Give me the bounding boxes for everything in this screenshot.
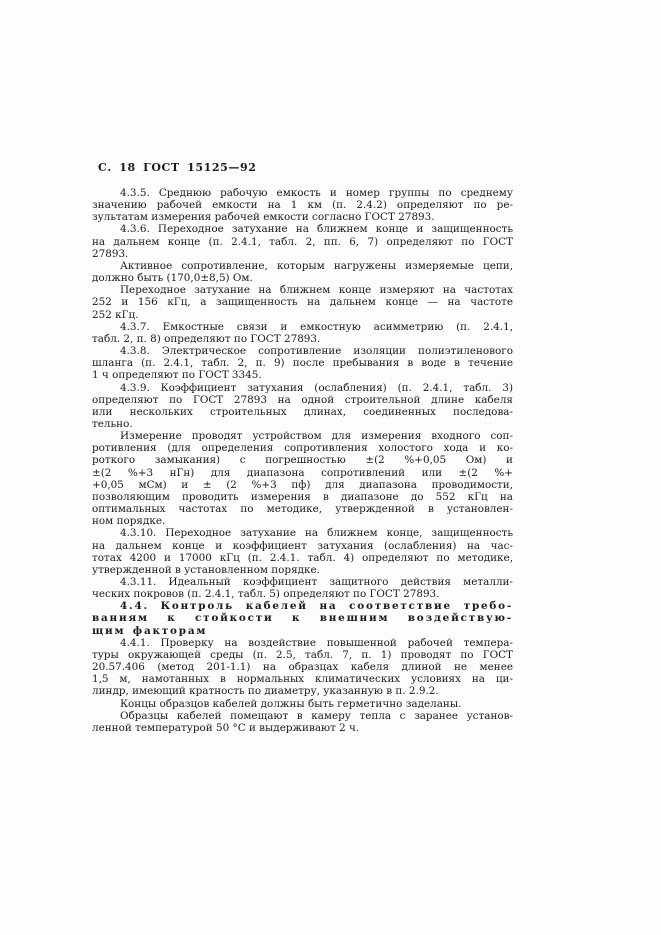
paragraph: 4.3.7. Емкостные связи и емкостную асимм… [92,321,513,345]
paragraph: 4.3.5. Среднюю рабочую емкость и номер г… [92,187,513,223]
text-line: роткого замыкания) с погрешностью ±(2 %+… [92,454,513,466]
text-line: 4.4.1. Проверку на воздействие повышенно… [92,637,513,649]
text-line: ±(2 %+3 нГн) для диапазона сопротивлений… [92,467,513,479]
text-line: на дальнем конце (п. 2.4.1, табл. 2, пп.… [92,236,513,248]
text-line: 4.3.10. Переходное затухание на ближнем … [92,527,513,539]
text-line: ваниям к стойкости к внешним воздействую… [92,612,513,624]
text-line: 4.4. Контроль кабелей на соответствие тр… [92,600,513,612]
page-header: С. 18 ГОСТ 15125—92 [98,161,256,174]
text-line: тотах 4200 и 17000 кГц (п. 2.4.1. табл. … [92,552,513,564]
paragraph: Активное сопротивление, которым нагружен… [92,260,513,284]
text-line: 4.3.8. Электрическое сопротивление изоля… [92,345,513,357]
text-line: 4.3.9. Коэффициент затухания (ослабления… [92,382,513,394]
text-line: позволяющим проводить измерения в диапаз… [92,491,513,503]
document-body: 4.3.5. Среднюю рабочую емкость и номер г… [92,187,513,734]
text-line: Концы образцов кабелей должны быть герме… [92,698,513,710]
text-line: ротивления (для определения сопротивлени… [92,442,513,454]
text-line: Образцы кабелей помещают в камеру тепла … [92,710,513,722]
text-line: зультатам измерения рабочей емкости согл… [92,211,513,223]
document-page: С. 18 ГОСТ 15125—92 4.3.5. Среднюю рабоч… [0,0,661,935]
paragraph: Образцы кабелей помещают в камеру тепла … [92,710,513,734]
text-line: 252 и 156 кГц, а защищенность на дальнем… [92,296,513,308]
paragraph: 4.3.11. Идеальный коэффициент защитного … [92,576,513,600]
text-line: 4.3.5. Среднюю рабочую емкость и номер г… [92,187,513,199]
text-line: ном порядке. [92,515,513,527]
paragraph: Переходное затухание на ближнем конце из… [92,284,513,320]
text-line: или нескольких строительных длинах, соед… [92,406,513,418]
paragraph: Измерение проводят устройством для измер… [92,430,513,527]
paragraph: Концы образцов кабелей должны быть герме… [92,698,513,710]
text-line: линдр, имеющий кратность по диаметру, ук… [92,685,513,697]
text-line: оптимальных частотах по методике, утверж… [92,503,513,515]
paragraph: 4.3.8. Электрическое сопротивление изоля… [92,345,513,381]
text-line: 252 кГц. [92,309,513,321]
text-line: значению рабочей емкости на 1 км (п. 2.4… [92,199,513,211]
text-line: щим факторам [92,625,513,637]
paragraph: 4.3.10. Переходное затухание на ближнем … [92,527,513,576]
text-line: Активное сопротивление, которым нагружен… [92,260,513,272]
text-line: Переходное затухание на ближнем конце из… [92,284,513,296]
text-line: 1 ч определяют по ГОСТ 3345. [92,369,513,381]
text-line: 4.3.11. Идеальный коэффициент защитного … [92,576,513,588]
text-line: 27893. [92,248,513,260]
text-line: ленной температурой 50 °С и выдерживают … [92,722,513,734]
text-line: 4.3.7. Емкостные связи и емкостную асимм… [92,321,513,333]
text-line: утвержденной в установленном порядке. [92,564,513,576]
text-line: тельно. [92,418,513,430]
text-line: 20.57.406 (метод 201-1.1) на образцах ка… [92,661,513,673]
paragraph: 4.3.6. Переходное затухание на ближнем к… [92,223,513,259]
text-line: табл. 2, п. 8) определяют по ГОСТ 27893. [92,333,513,345]
section-heading: 4.4. Контроль кабелей на соответствие тр… [92,600,513,636]
text-line: на дальнем конце и коэффициент затухания… [92,540,513,552]
text-line: Измерение проводят устройством для измер… [92,430,513,442]
text-line: определяют по ГОСТ 27893 на одной строит… [92,394,513,406]
text-line: шланга (п. 2.4.1, табл. 2, п. 9) после п… [92,357,513,369]
text-line: 4.3.6. Переходное затухание на ближнем к… [92,223,513,235]
text-line: ческих покровов (п. 2.4.1, табл. 5) опре… [92,588,513,600]
text-line: туры окружающей среды (п. 2.5, табл. 7, … [92,649,513,661]
text-line: должно быть (170,0±8,5) Ом. [92,272,513,284]
text-line: 1,5 м, намотанных в нормальных климатиче… [92,673,513,685]
paragraph: 4.4.1. Проверку на воздействие повышенно… [92,637,513,698]
paragraph: 4.3.9. Коэффициент затухания (ослабления… [92,382,513,431]
text-line: +0,05 мСм) и ± (2 %+3 пф) для диапазона … [92,479,513,491]
